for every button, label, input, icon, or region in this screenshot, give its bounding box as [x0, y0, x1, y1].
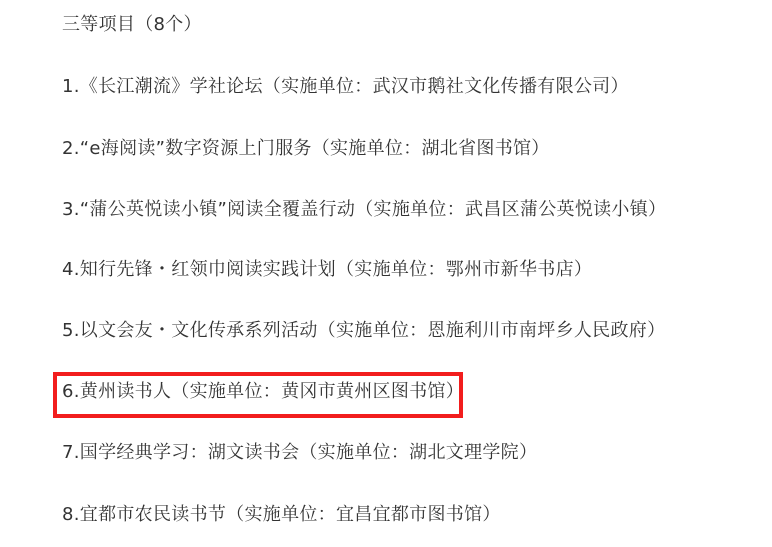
list-item: 4.知行先锋・红领巾阅读实践计划（实施单位：鄂州市新华书店） — [62, 258, 592, 282]
list-item: 8.宜都市农民读书节（实施单位：宜昌宜都市图书馆） — [62, 503, 501, 527]
list-item: 5.以文会友・文化传承系列活动（实施单位：恩施利川市南坪乡人民政府） — [62, 319, 665, 343]
section-title: 三等项目（8个） — [62, 13, 202, 37]
list-item: 3.“蒲公英悦读小镇”阅读全覆盖行动（实施单位：武昌区蒲公英悦读小镇） — [62, 198, 666, 222]
list-item-highlighted: 6.黄州读书人（实施单位：黄冈市黄州区图书馆） — [62, 380, 464, 404]
list-item: 7.国学经典学习：湖文读书会（实施单位：湖北文理学院） — [62, 441, 537, 465]
list-item: 1.《长江潮流》学社论坛（实施单位：武汉市鹅社文化传播有限公司） — [62, 75, 629, 99]
list-item: 2.“e海阅读”数字资源上门服务（实施单位：湖北省图书馆） — [62, 137, 550, 161]
